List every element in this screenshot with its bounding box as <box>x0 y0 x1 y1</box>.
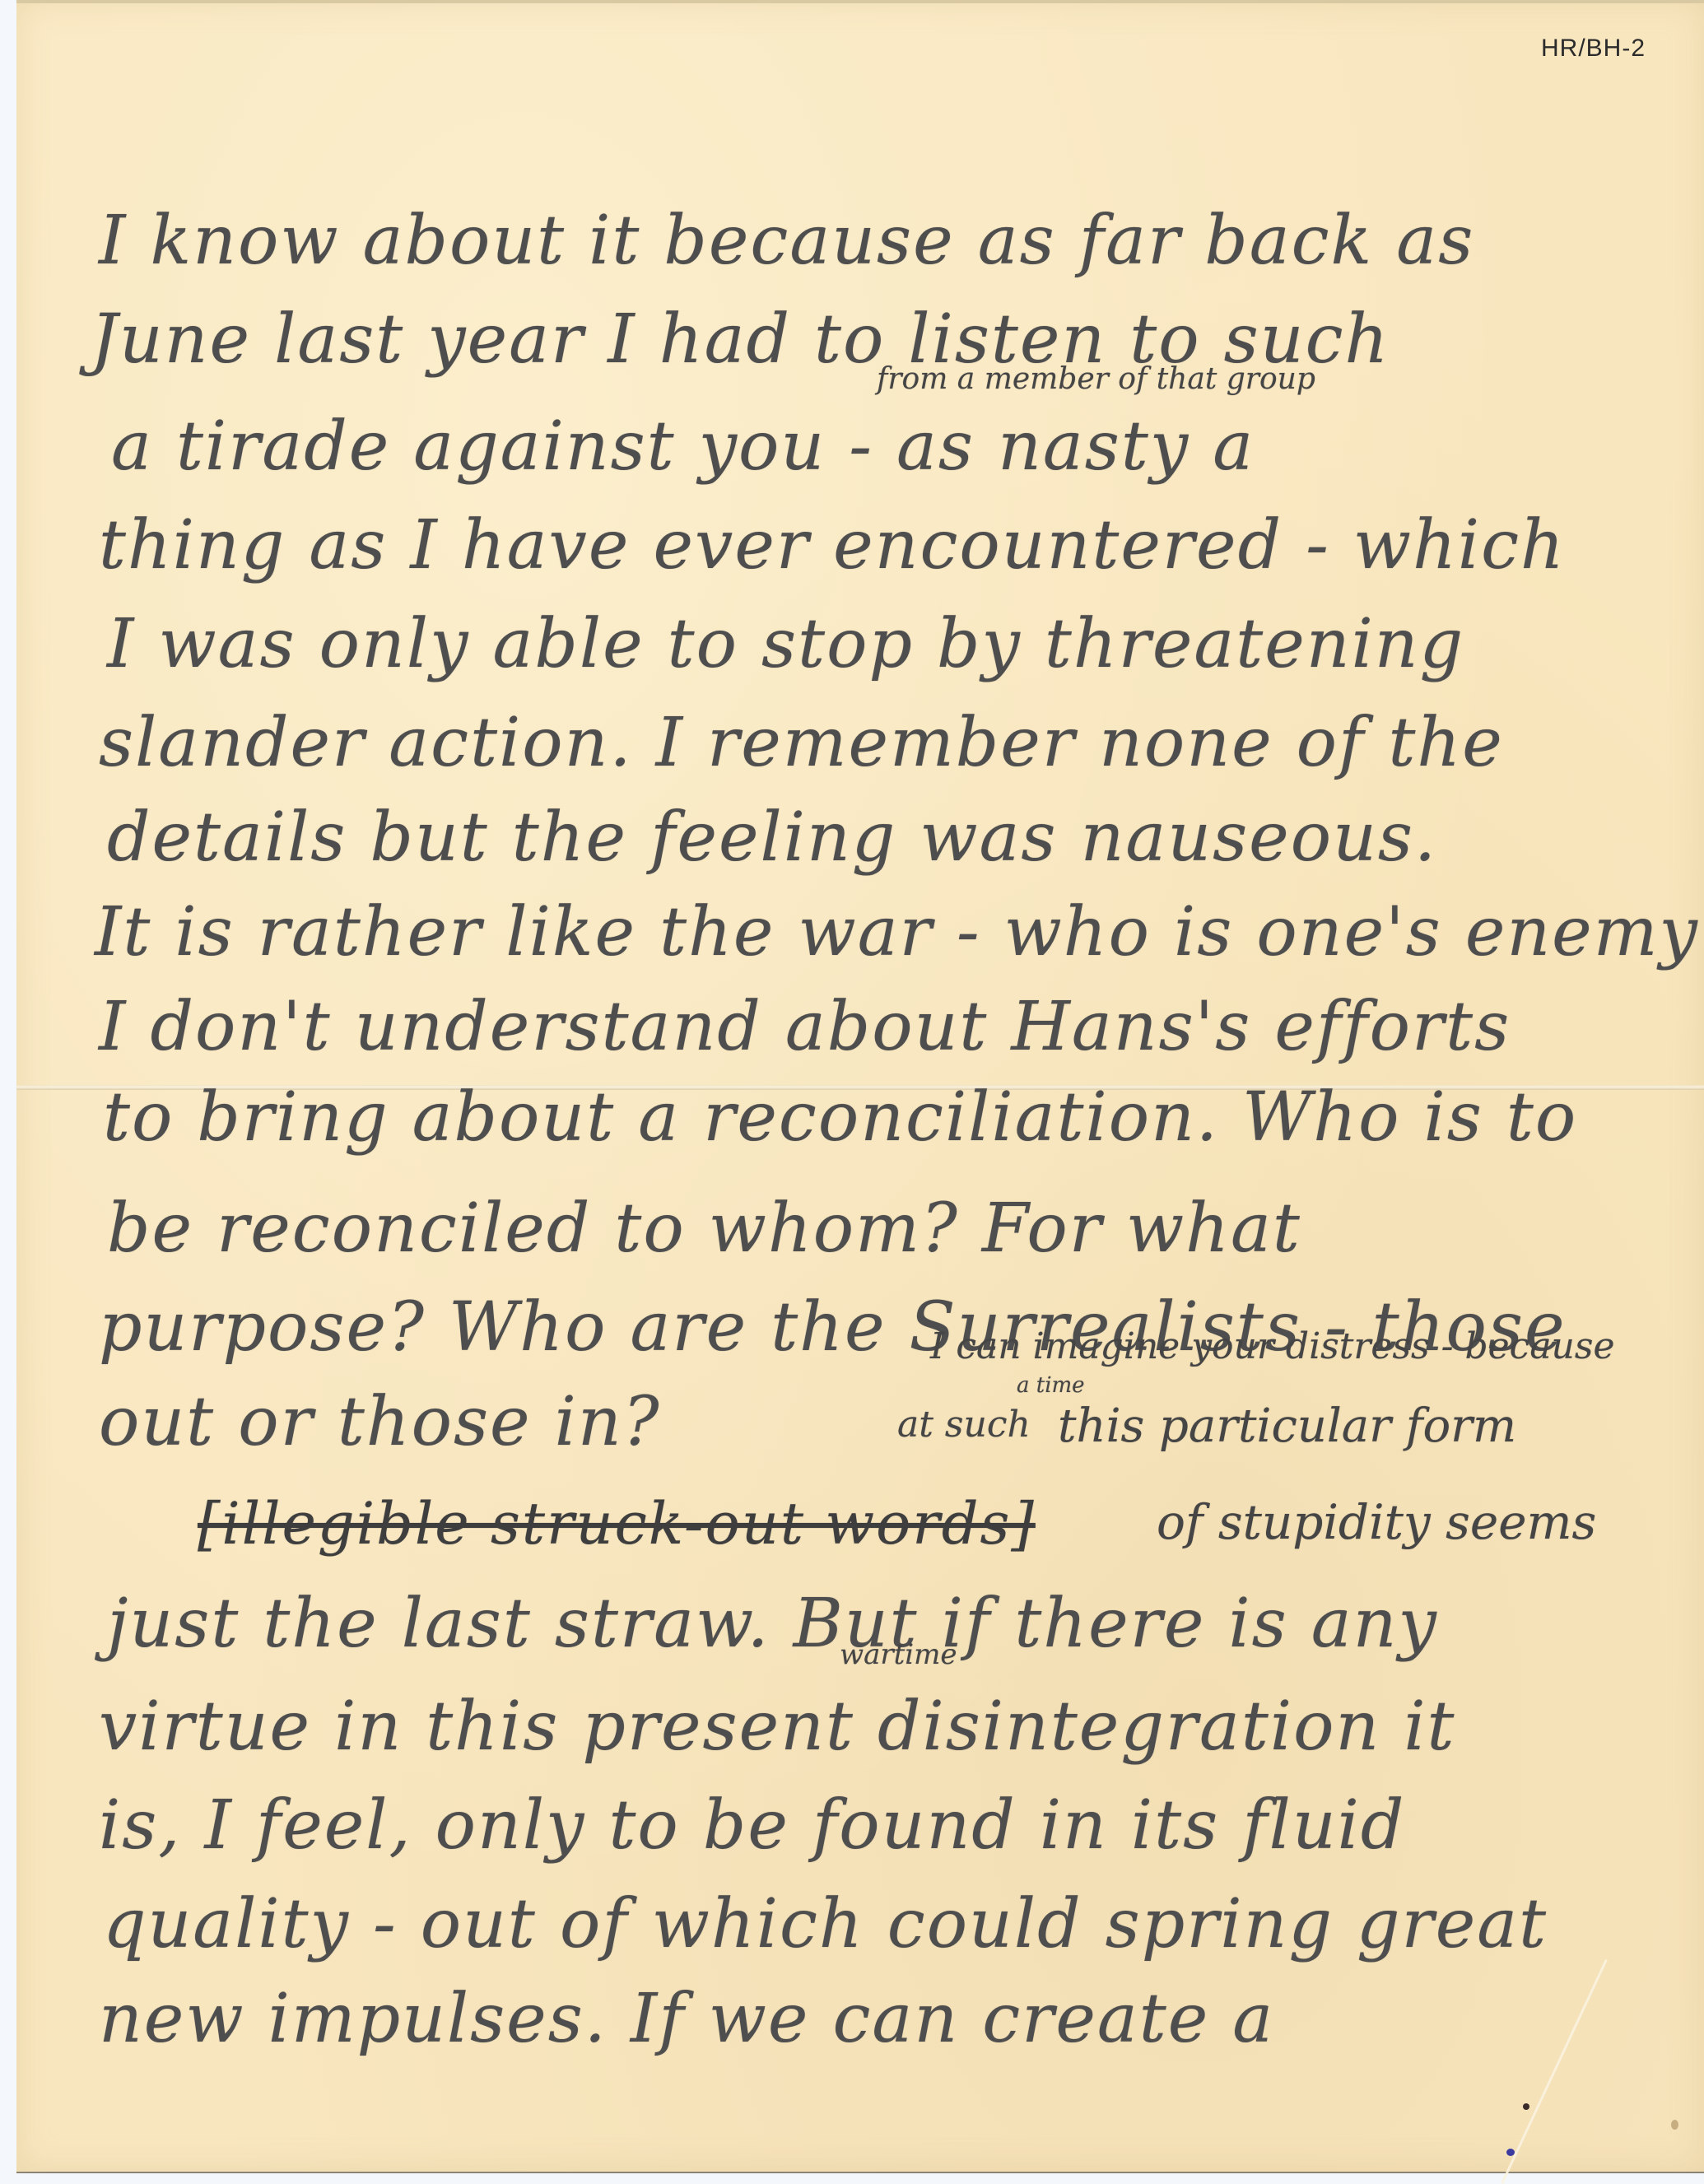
text-line-8: It is rather like the war - who is one's… <box>95 893 1704 971</box>
page-top-edge <box>16 0 1704 3</box>
archive-reference-mark: HR/BH-2 <box>1541 35 1646 63</box>
text-line-5: I was only able to stop by threatening <box>107 605 1464 683</box>
text-line-13: out or those in? <box>99 1383 661 1461</box>
stain-speck <box>1671 2120 1678 2130</box>
text-line-14: just the last straw. But if there is any <box>107 1585 1438 1663</box>
text-line-17: quality - out of which could spring grea… <box>103 1885 1548 1963</box>
insertion-at-such: at such <box>897 1404 1031 1446</box>
text-line-1: I know about it because as far back as <box>99 202 1474 280</box>
text-line-10: to bring about a reconciliation. Who is … <box>103 1078 1577 1157</box>
insertion-particular-form: this particular form <box>1058 1399 1516 1453</box>
text-line-7: details but the feeling was nauseous. <box>107 799 1437 877</box>
text-line-15: virtue in this present disintegration it <box>99 1688 1456 1766</box>
insertion-from-member: from a member of that group <box>877 362 1315 396</box>
text-line-3: a tirade against you - as nasty a <box>111 407 1255 486</box>
blue-ink-speck <box>1506 2149 1515 2156</box>
ink-speck <box>1523 2103 1529 2110</box>
insertion-a-time: a time <box>1017 1373 1085 1398</box>
corner-crease <box>1501 1959 1608 2182</box>
letter-page: HR/BH-2 I know about it because as far b… <box>16 0 1704 2173</box>
text-line-4: thing as I have ever encountered - which <box>99 506 1566 584</box>
text-line-18: new impulses. If we can create a <box>99 1980 1274 2058</box>
text-line-9: I don't understand about Hans's efforts <box>99 988 1511 1066</box>
text-line-6: slander action. I remember none of the <box>99 704 1504 782</box>
insertion-stupidity-seems: of stupidity seems <box>1157 1494 1596 1550</box>
insertion-wartime: wartime <box>840 1638 957 1671</box>
text-line-16: is, I feel, only to be found in its flui… <box>99 1786 1405 1865</box>
insertion-imagine-distress: I can imagine your distress - because <box>930 1325 1615 1367</box>
struck-out-text: [illegible struck-out words] <box>198 1490 1036 1558</box>
text-line-11: be reconciled to whom? For what <box>107 1190 1301 1268</box>
